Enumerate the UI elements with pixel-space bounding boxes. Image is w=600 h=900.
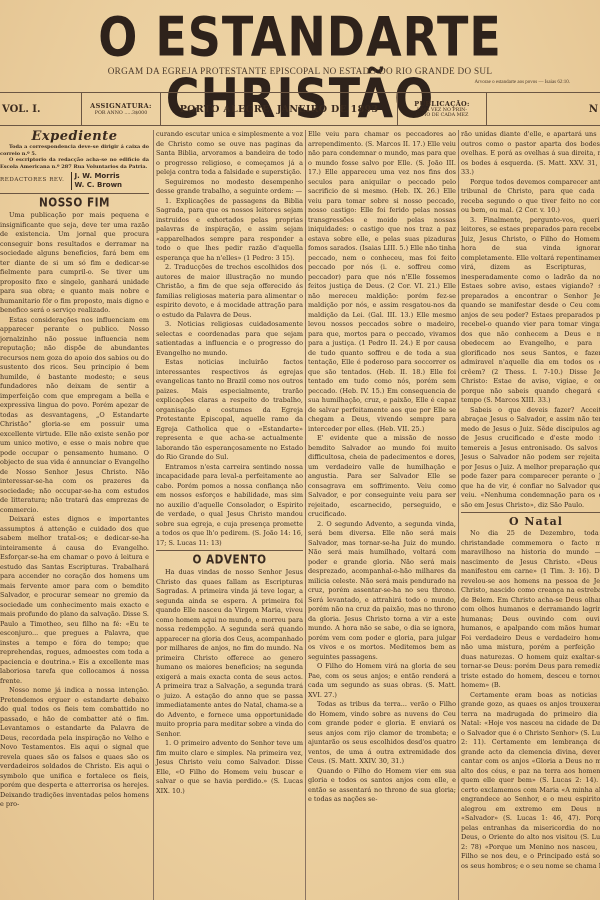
place-date: PORTO ALEGRE, JANEIRO DE 1893 [180, 104, 379, 115]
article-paragraph: Porque todos devemos comparecer ante o t… [461, 178, 600, 216]
masthead-subtitle: ORGAM DA EGREJA PROTESTANTE EPISCOPAL NO… [0, 66, 600, 76]
volume-label: VOL. I. [2, 104, 40, 115]
article-paragraph: rão unidas diante d'elle, e apartará uns… [461, 130, 600, 178]
section-divider [156, 550, 303, 551]
publication-cell: PUBLICAÇÃO: UMA VEZ NO PRIN- CIPIO DE CA… [398, 93, 487, 125]
expediente-title: Expediente [0, 130, 149, 144]
redactors-label: REDACTORES REV. [0, 176, 65, 186]
article-paragraph: Certamente eram boas as noticias de gran… [461, 691, 600, 872]
article-paragraph: Nosso nome já indica a nossa intenção. P… [0, 686, 149, 810]
article-paragraph: Todas as tribus da terra... verão o Filh… [308, 700, 456, 767]
redactor-1: J. W. Morris [75, 172, 120, 180]
redactor-2: W. C. Brown [75, 181, 123, 189]
article-paragraph: 2. Traducções de trechos escolhidos dos … [156, 263, 303, 320]
article-title-nosso-fim: NOSSO FIM [0, 195, 149, 211]
newspaper-page: O ESTANDARTE CHRISTÃO ORGAM DA EGREJA PR… [0, 0, 600, 900]
article-paragraph: 3. Noticias religiosas cuidadosamente se… [156, 320, 303, 358]
subscription-label: ASSIGNATURA: [90, 102, 152, 110]
article-paragraph: No dia 25 de Dezembro, toda a christanda… [461, 529, 600, 691]
article-paragraph: Estas considerações nos influenciam em a… [0, 316, 149, 516]
column-1: Expediente Toda a correspondencia deve-s… [0, 130, 149, 900]
article-title-natal: O Natal [461, 515, 600, 529]
article-paragraph: Elle veiu para chamar os peccadores ao a… [308, 130, 456, 434]
expediente-text-1: Toda a correspondencia deve-se dirigir á… [0, 144, 149, 157]
issue-number-cell: N [487, 93, 600, 125]
publication-line2: CIPIO DE CADA MEZ [416, 113, 469, 119]
info-bar: VOL. I. ASSIGNATURA: POR ANNO .....3$000… [0, 92, 600, 126]
publication-label: PUBLICAÇÃO: [414, 100, 469, 108]
expediente-text-2: O escriptorio da redacção acha-se no edi… [0, 157, 149, 170]
issue-number: N [589, 104, 598, 115]
article-paragraph: Seguiremos no modesto desempenho desse g… [156, 178, 303, 197]
section-divider [461, 512, 600, 513]
article-paragraph: 3. Finalmente, pergunto-vos, queridos le… [461, 216, 600, 406]
column-2: curando escutar unica e simplesmente a v… [153, 130, 303, 900]
article-paragraph: curando escutar unica e simplesmente a v… [156, 130, 303, 178]
article-paragraph: Quando o Filho do Homem vier em sua glor… [308, 767, 456, 805]
article-paragraph: O Filho do Homem virá na gloria de seu P… [308, 662, 456, 700]
column-4: rão unidas diante d'elle, e apartará uns… [458, 130, 600, 900]
article-paragraph: Deixará estes dignos e importantes assum… [0, 515, 149, 686]
article-paragraph: E' evidente que a missão de nosso bemdit… [308, 434, 456, 520]
column-3: Elle veiu para chamar os peccadores ao a… [305, 130, 456, 900]
article-paragraph: Ha duas vindas de nosso Senhor Jesus Chr… [156, 568, 303, 739]
redactors-block: REDACTORES REV. J. W. Morris W. C. Brown [0, 172, 149, 190]
place-date-cell: PORTO ALEGRE, JANEIRO DE 1893 [161, 93, 398, 125]
masthead-motto: Arvorae o estandarte aos povos — Isaias … [474, 80, 570, 85]
article-paragraph: Uma publicação por mais pequena e insign… [0, 211, 149, 316]
section-divider [0, 193, 149, 194]
article-paragraph: Entramos n'esta carreira sentindo nossa … [156, 463, 303, 549]
article-paragraph: Sabeis o que deveis fazer? Acceitae, abr… [461, 406, 600, 511]
article-title-advento: O ADVENTO [156, 552, 303, 568]
volume-cell: VOL. I. [0, 93, 82, 125]
subscription-cell: ASSIGNATURA: POR ANNO .....3$000 [82, 93, 161, 125]
article-paragraph: 1. O primeiro advento do Senhor teve um … [156, 739, 303, 796]
article-paragraph: Estas noticias incluirão factos interess… [156, 358, 303, 463]
subscription-value: POR ANNO .....3$000 [95, 111, 148, 116]
article-paragraph: 1. Explicações de passagens da Biblia Sa… [156, 197, 303, 264]
article-paragraph: 2. O segundo Advento, a segunda vinda, s… [308, 520, 456, 663]
redactors-names: J. W. Morris W. C. Brown [71, 172, 123, 190]
